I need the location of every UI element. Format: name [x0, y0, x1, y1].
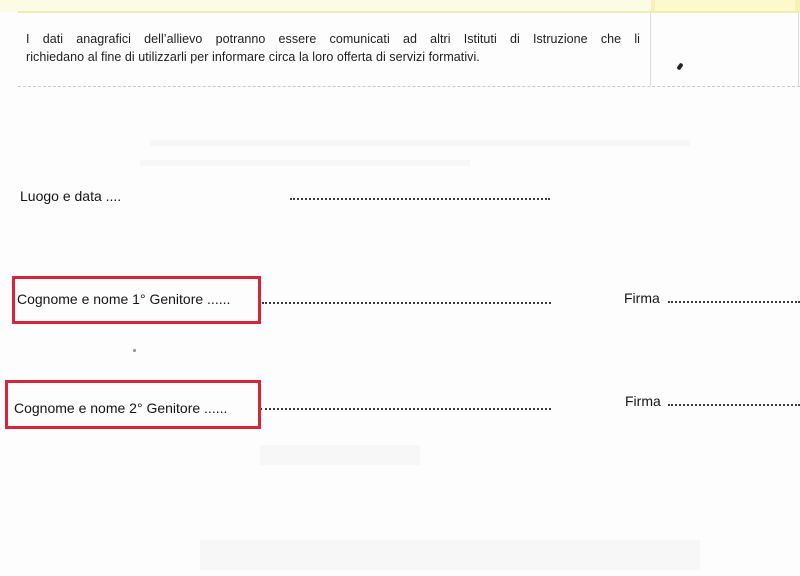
consent-text-cell: I dati anagrafici dell’allievo potranno … [18, 13, 651, 86]
genitore-1-name-field[interactable] [262, 302, 551, 304]
bleed-through-texture [200, 540, 700, 570]
previous-table-row [0, 0, 800, 12]
ink-speck [133, 349, 136, 352]
genitore-2-name-field[interactable] [260, 408, 551, 410]
consent-text-line-2: richiedano al fine di utilizzarli per in… [26, 48, 640, 66]
consent-table-row: I dati anagrafici dell’allievo potranno … [18, 13, 800, 87]
consent-text-line-1: I dati anagrafici dell’allievo potranno … [26, 30, 640, 48]
highlight-box-genitore-1 [12, 276, 261, 324]
scanned-document-page: I dati anagrafici dell’allievo potranno … [0, 0, 800, 576]
luogo-data-label: Luogo e data .... [20, 188, 121, 204]
firma-1-label: Firma [624, 290, 660, 306]
firma-2-label: Firma [625, 393, 661, 409]
firma-2-field[interactable] [668, 404, 800, 406]
bleed-through-texture [140, 160, 470, 166]
consent-checkbox-cell[interactable] [651, 13, 799, 86]
consent-text: I dati anagrafici dell’allievo potranno … [26, 30, 640, 66]
firma-1-field[interactable] [668, 301, 800, 303]
bleed-through-texture [150, 140, 690, 146]
highlight-box-genitore-2 [5, 380, 261, 429]
luogo-data-field[interactable] [290, 198, 550, 200]
bleed-through-texture [260, 445, 420, 465]
